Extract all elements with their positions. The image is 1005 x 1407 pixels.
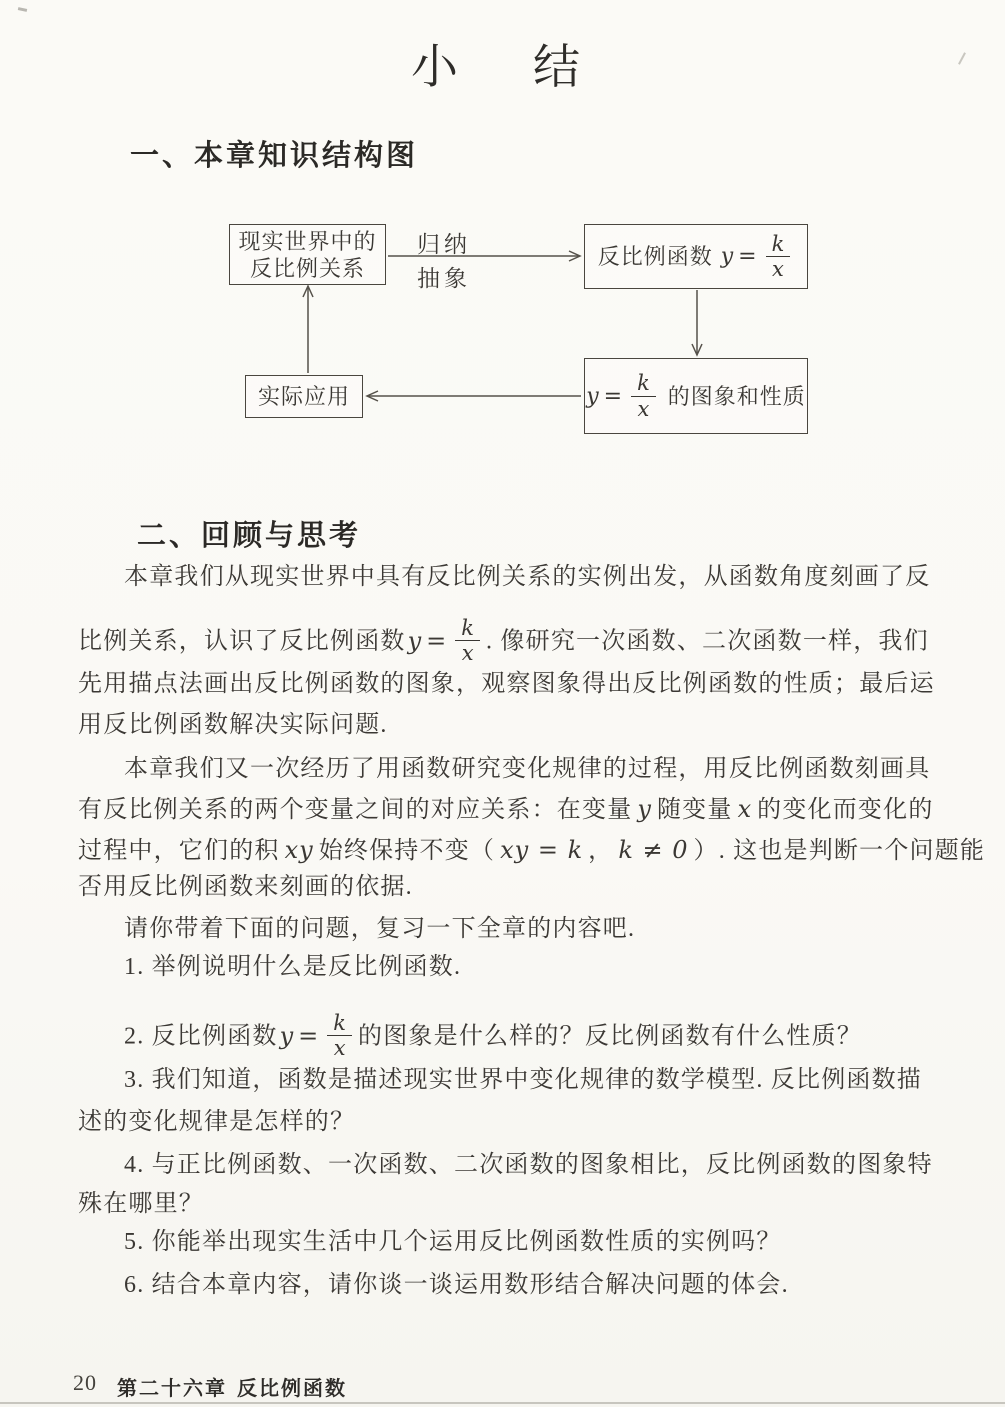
diagram-box-realworld-line2: 反比例关系 <box>250 255 365 282</box>
diagram-box-application: 实际应用 <box>245 375 363 418</box>
footer-chapter-title: 反比例函数 <box>237 1372 347 1401</box>
math-var-y: y <box>632 795 657 823</box>
lead-in-line: 请你带着下面的问题，复习一下全章的内容吧. <box>124 914 635 944</box>
fraction-numerator: k <box>631 372 656 396</box>
fraction-denominator: x <box>772 257 784 280</box>
paragraph2-line2-text-a: 有反比例关系的两个变量之间的对应关系：在变量 <box>78 797 632 823</box>
scan-artifact <box>18 7 27 12</box>
fraction-numerator: k <box>766 233 791 257</box>
question-3-line1: 3. 我们知道，函数是描述现实世界中变化规律的数学模型. 反比例函数描 <box>124 1065 922 1095</box>
footer-chapter: 第二十六章 <box>117 1372 227 1401</box>
scan-edge-line <box>0 1402 1005 1404</box>
section-heading-structure: 一、本章知识结构图 <box>130 133 418 174</box>
fraction-k-over-x: k x <box>631 372 656 419</box>
math-expr-xy-eq-k: xy = k <box>495 836 588 864</box>
math-equals: = <box>738 243 756 270</box>
arrow-label-induction: 归纳 <box>417 226 471 259</box>
math-var-y: y <box>280 1021 294 1051</box>
question-6: 6. 结合本章内容，请你谈一谈运用数形结合解决问题的体会. <box>124 1270 789 1300</box>
diagram-graph-suffix: 的图象和性质 <box>668 383 806 410</box>
textbook-page: 小 结 一、本章知识结构图 现实世界中的 反比例关系 归纳 抽象 反比例函数 y… <box>0 0 1005 1407</box>
paragraph2-line3-text-d: ）. 这也是判断一个问题能 <box>694 838 986 864</box>
math-var-y: y <box>586 383 598 410</box>
diagram-box-realworld-line1: 现实世界中的 <box>238 228 376 255</box>
paragraph1-line2-text-a: 比例关系，认识了反比例函数 <box>78 629 406 655</box>
math-equals: = <box>298 1021 318 1051</box>
question-2-text-a: 2. 反比例函数 <box>124 1024 278 1050</box>
fraction-numerator: k <box>455 617 480 641</box>
formula-y-eq-k-over-x: y=kx <box>280 1012 356 1059</box>
paragraph2-line2-text-c: 的变化而变化的 <box>757 797 933 823</box>
fraction-k-over-x: kx <box>327 1012 352 1059</box>
page-number: 20 <box>73 1370 97 1396</box>
math-expr-k-neq-0: k ≠ 0 <box>613 836 693 864</box>
math-var-xy: xy <box>280 836 319 864</box>
diagram-box-graph-properties: y = k x 的图象和性质 <box>584 358 808 434</box>
question-1: 1. 举例说明什么是反比例函数. <box>124 952 461 982</box>
paragraph2-line3: 过程中，它们的积xy始终保持不变（xy = k，k ≠ 0）. 这也是判断一个问… <box>78 835 985 866</box>
paragraph1-line2-text-b: . 像研究一次函数、二次函数一样，我们 <box>486 629 929 655</box>
question-2: 2. 反比例函数y=kx的图象是什么样的？反比例函数有什么性质？ <box>124 1012 862 1059</box>
paragraph1-line2: 比例关系，认识了反比例函数y=kx. 像研究一次函数、二次函数一样，我们 <box>78 617 929 664</box>
paragraph2-line3-comma: ， <box>588 838 613 864</box>
formula-y-eq-k-over-x: y = k x <box>586 372 660 419</box>
paragraph2-line3-text-a: 过程中，它们的积 <box>78 838 280 864</box>
fraction-numerator: k <box>327 1012 352 1036</box>
math-var-y: y <box>408 626 422 656</box>
paragraph2-line1: 本章我们又一次经历了用函数研究变化规律的过程，用反比例函数刻画具 <box>124 754 930 784</box>
fraction-denominator: x <box>334 1036 346 1059</box>
paragraph2-line4: 否用反比例函数来刻画的依据. <box>78 872 413 902</box>
diagram-func-label: 反比例函数 <box>598 243 713 270</box>
arrow-label-abstraction: 抽象 <box>417 260 471 293</box>
page-title: 小 结 <box>0 30 1005 97</box>
paragraph1-line4: 用反比例函数解决实际问题. <box>78 710 388 740</box>
question-5: 5. 你能举出现实生活中几个运用反比例函数性质的实例吗？ <box>124 1227 782 1257</box>
paragraph2-line3-text-b: 始终保持不变（ <box>319 838 495 864</box>
question-4-line1: 4. 与正比例函数、一次函数、二次函数的图象相比，反比例函数的图象特 <box>124 1150 933 1180</box>
paragraph2-line2: 有反比例关系的两个变量之间的对应关系：在变量y随变量x的变化而变化的 <box>78 794 934 825</box>
math-var-y: y <box>721 243 733 270</box>
diagram-box-realworld-relation: 现实世界中的 反比例关系 <box>229 224 386 285</box>
question-3-line2: 述的变化规律是怎样的？ <box>78 1107 355 1137</box>
formula-y-eq-k-over-x: y = k x <box>721 233 795 280</box>
diagram-box-inverse-function: 反比例函数 y = k x <box>584 224 808 289</box>
section-heading-review: 二、回顾与思考 <box>137 513 361 554</box>
formula-y-eq-k-over-x: y=kx <box>408 617 484 664</box>
paragraph1-line3: 先用描点法画出反比例函数的图象，观察图象得出反比例函数的性质；最后运 <box>78 669 935 699</box>
fraction-k-over-x: kx <box>455 617 480 664</box>
diagram-apply-label: 实际应用 <box>258 383 350 410</box>
fraction-k-over-x: k x <box>766 233 791 280</box>
paragraph2-line2-text-b: 随变量 <box>657 797 733 823</box>
fraction-denominator: x <box>638 397 650 420</box>
fraction-denominator: x <box>462 641 474 664</box>
paragraph1-line1: 本章我们从现实世界中具有反比例关系的实例出发，从函数角度刻画了反 <box>124 562 930 592</box>
math-var-x: x <box>733 795 758 823</box>
math-equals: = <box>426 626 446 656</box>
question-4-line2: 殊在哪里？ <box>78 1189 204 1219</box>
math-equals: = <box>604 383 622 410</box>
question-2-text-b: 的图象是什么样的？反比例函数有什么性质？ <box>358 1024 862 1050</box>
